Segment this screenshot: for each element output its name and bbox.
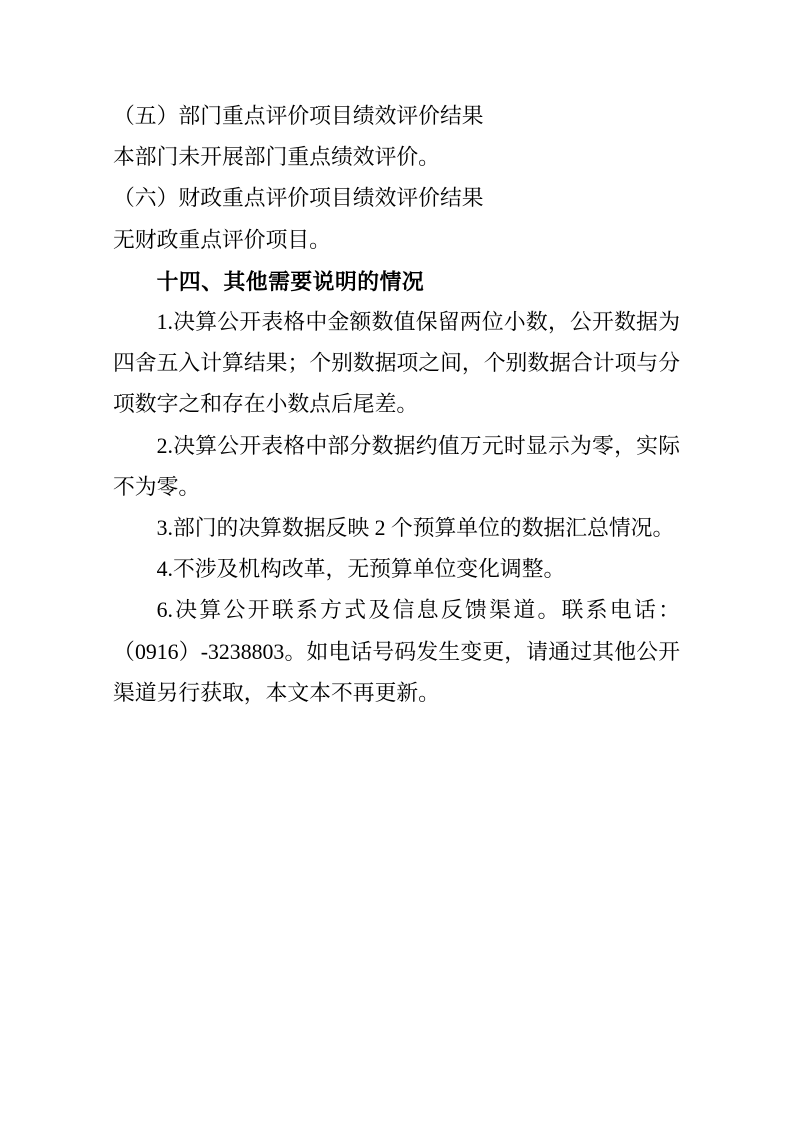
document-body: （五）部门重点评价项目绩效评价结果 本部门未开展部门重点绩效评价。 （六）财政重… bbox=[113, 96, 680, 714]
paragraph-section-5-body: 本部门未开展部门重点绩效评价。 bbox=[113, 137, 680, 178]
numbered-note-3: 3.部门的决算数据反映 2 个预算单位的数据汇总情况。 bbox=[113, 508, 680, 549]
numbered-note-2: 2.决算公开表格中部分数据约值万元时显示为零，实际不为零。 bbox=[113, 426, 680, 508]
document-page: （五）部门重点评价项目绩效评价结果 本部门未开展部门重点绩效评价。 （六）财政重… bbox=[0, 0, 793, 1122]
subheading-section-5: （五）部门重点评价项目绩效评价结果 bbox=[113, 96, 680, 137]
numbered-note-6-contact: 6.决算公开联系方式及信息反馈渠道。联系电话：（0916）-3238803。如电… bbox=[113, 590, 680, 714]
paragraph-section-6-body: 无财政重点评价项目。 bbox=[113, 220, 680, 261]
numbered-note-1: 1.决算公开表格中金额数值保留两位小数，公开数据为四舍五入计算结果；个别数据项之… bbox=[113, 302, 680, 426]
numbered-note-4: 4.不涉及机构改革，无预算单位变化调整。 bbox=[113, 549, 680, 590]
section-14-heading: 十四、其他需要说明的情况 bbox=[113, 261, 680, 302]
subheading-section-6: （六）财政重点评价项目绩效评价结果 bbox=[113, 178, 680, 219]
